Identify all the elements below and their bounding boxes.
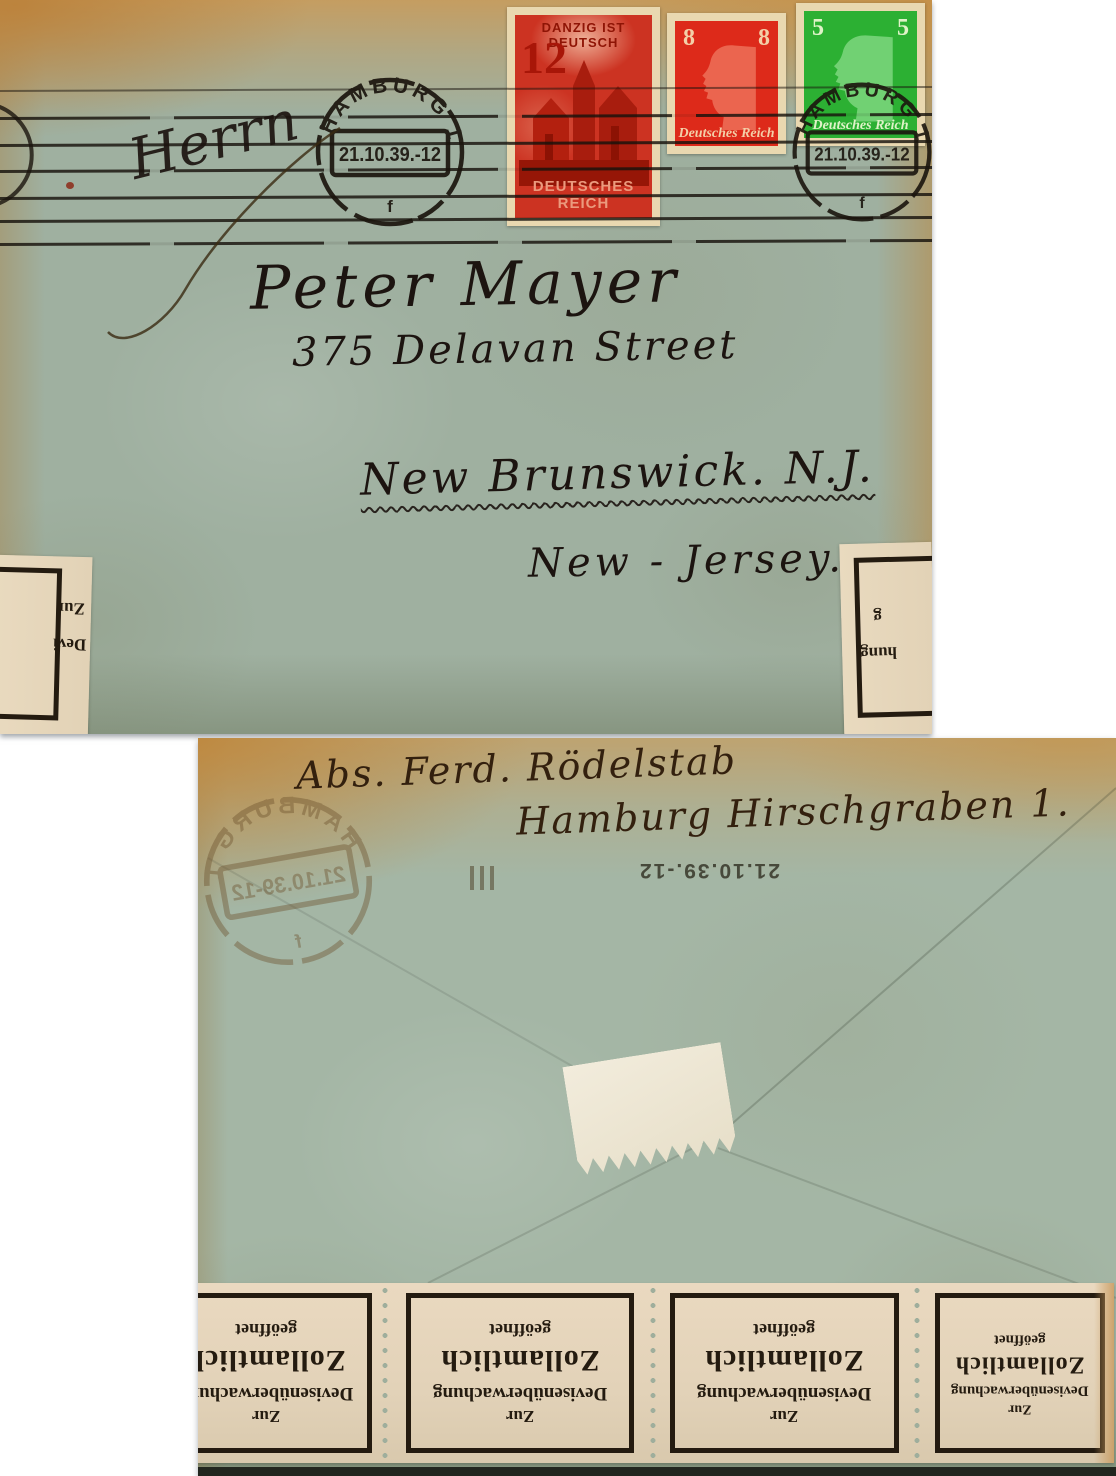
- postmark-hamburg-right: HAMBURG 1 21.10.39.-12 f: [789, 79, 932, 225]
- address-state: New - Jersey.: [528, 535, 846, 587]
- censor-tape-left-edge: Devi Zur: [0, 555, 92, 734]
- censor-label-line: Devisenüberwachung: [198, 1381, 353, 1406]
- address-street: 375 Delavan Street: [292, 322, 739, 376]
- censor-label-line: geöffnet: [951, 1329, 1089, 1349]
- crumpled-edge: [1094, 1283, 1114, 1463]
- censor-tape-right-edge: hung g: [839, 542, 932, 734]
- ghost-postmark-offset: HAMBURG 1 21.10.39-12 f: [198, 779, 390, 983]
- postmark-city-text: HAMBURG 1: [315, 74, 467, 145]
- censor-label-line: Zur: [697, 1405, 871, 1427]
- postmark-date-text: 21.10.39.-12: [814, 143, 909, 164]
- postmark-city-text: HAMBURG 1: [792, 79, 932, 146]
- red-stain: [66, 182, 74, 189]
- stamp-danzig-city-silhouette: [515, 56, 652, 196]
- envelope-front-photo: DANZIG IST DEUTSCH 12 DEUTSCHES REICH: [0, 0, 932, 734]
- address-name: Peter Mayer: [249, 246, 681, 324]
- photo-collage: DANZIG IST DEUTSCH 12 DEUTSCHES REICH: [0, 0, 1116, 1476]
- censor-label: Zur Devisenüberwachung Zollamtlich geöff…: [433, 1318, 607, 1427]
- censor-label-line: Zollamtlich: [951, 1348, 1089, 1379]
- postmark-letter-text: f: [387, 197, 393, 216]
- postmark-partial-arc: [0, 100, 34, 210]
- postmark-hamburg-left: HAMBURG 1 21.10.39.-12 f: [312, 74, 468, 230]
- svg-text:HAMBURG 1: HAMBURG 1: [315, 74, 467, 145]
- perforation-dots: [380, 1283, 390, 1463]
- censor-label: Zur Devisenüberwachung Zollamtlich geöff…: [697, 1318, 871, 1427]
- perforation-dots: [912, 1283, 922, 1463]
- censor-fragment-line: g: [859, 599, 897, 636]
- censor-fragment-line: Zur: [54, 590, 88, 627]
- stamp-hindenburg-8pf: 8 8 Deutsches Reich: [667, 13, 786, 154]
- censor-label-line: Zur: [433, 1405, 607, 1427]
- postmark-letter-text: f: [859, 195, 865, 212]
- postmark-date-text: 21.10.39.-12: [339, 144, 441, 166]
- censor-fragment-text: hung g: [859, 599, 898, 671]
- ghost-cancel-bars: [470, 866, 510, 890]
- censor-label-line: Zollamtlich: [697, 1342, 871, 1381]
- censor-box-4: Zur Devisenüberwachung Zollamtlich geöff…: [935, 1293, 1105, 1453]
- censor-label-line: geöffnet: [697, 1318, 871, 1341]
- censor-label-line: geöffnet: [198, 1318, 353, 1341]
- envelope-back-photo: Abs. Ferd. Rödelstab Hamburg Hirschgrabe…: [198, 738, 1116, 1476]
- censor-box-2: Zur Devisenüberwachung Zollamtlich geöff…: [406, 1293, 634, 1453]
- censor-label: Zur Devisenüberwachung Zollamtlich geöff…: [951, 1329, 1089, 1417]
- censor-label-line: Devisenüberwachung: [697, 1381, 871, 1406]
- offset-date-mark: 21.10.39.-12: [638, 858, 780, 882]
- censor-box-1: Zur Devisenüberwachung Zollamtlich geöff…: [198, 1293, 372, 1453]
- censor-fragment-text: Devi Zur: [53, 590, 88, 662]
- stamp-8pf-design: 8 8 Deutsches Reich: [675, 21, 778, 146]
- censor-label-line: Zur: [951, 1399, 1089, 1417]
- censor-label-line: Devisenüberwachung: [433, 1381, 607, 1406]
- censor-label: Zur Devisenüberwachung Zollamtlich geöff…: [198, 1318, 353, 1427]
- postmark-letter-text: f: [293, 931, 304, 953]
- svg-text:HAMBURG 1: HAMBURG 1: [792, 79, 932, 146]
- censor-label-line: Zur: [198, 1405, 353, 1427]
- censor-fragment-line: hung: [860, 634, 898, 671]
- censor-label-line: Devisenüberwachung: [951, 1380, 1089, 1400]
- censor-label-line: Zollamtlich: [198, 1342, 353, 1381]
- photo-bottom-edge: [198, 1467, 1116, 1476]
- stamp-8pf-country: Deutsches Reich: [675, 126, 778, 142]
- censor-tape-strip: Zur Devisenüberwachung Zollamtlich geöff…: [198, 1283, 1114, 1463]
- perforation-dots: [648, 1283, 658, 1463]
- censor-box-3: Zur Devisenüberwachung Zollamtlich geöff…: [670, 1293, 899, 1453]
- censor-label-line: Zollamtlich: [433, 1342, 607, 1381]
- censor-label-line: geöffnet: [433, 1318, 607, 1341]
- censor-fragment-line: Devi: [53, 626, 87, 663]
